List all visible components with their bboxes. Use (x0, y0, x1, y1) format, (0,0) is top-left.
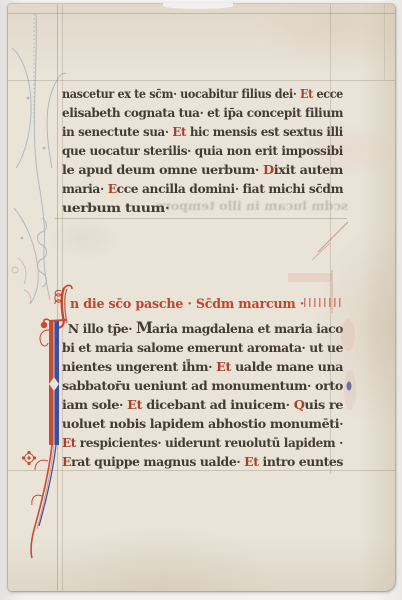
text-line: in senectute sua· Et hic mensis est sext… (62, 121, 343, 140)
ruling-line-far-right (384, 4, 385, 80)
show-through-text: scdm lucam in illo tempore (148, 197, 348, 214)
text-line: le apud deum omne uerbum· Dixit autem (62, 159, 343, 178)
leaf-edge-tear (163, 3, 233, 9)
manuscript-leaf: nascetur ex te sc̄m· uocabitur filius de… (8, 4, 395, 591)
penwork-flourish (8, 8, 62, 304)
text-line: Erat quippe magnus ualde· Et intro eunte… (62, 451, 343, 470)
text-line: que uocatur sterilis· quia non erit impo… (62, 140, 343, 159)
text-line: maria· Ecce ancilla domini· fiat michi s… (62, 178, 343, 197)
bleed-through-marks (280, 215, 398, 445)
photograph-background: nascetur ex te sc̄m· uocabitur filius de… (0, 0, 402, 600)
rubric-heading: n die sc̄o pasche · Sc̄dm marcum · (70, 292, 304, 314)
text-line: elisabeth cognata tua· et ip̄a concepit … (62, 102, 343, 121)
text-line: nascetur ex te sc̄m· uocabitur filius de… (62, 83, 343, 102)
ruling-line-top (8, 13, 395, 14)
ruling-line-block1-top (8, 80, 395, 81)
rubric-text: n die sc̄o pasche · Sc̄dm marcum · (70, 294, 304, 316)
